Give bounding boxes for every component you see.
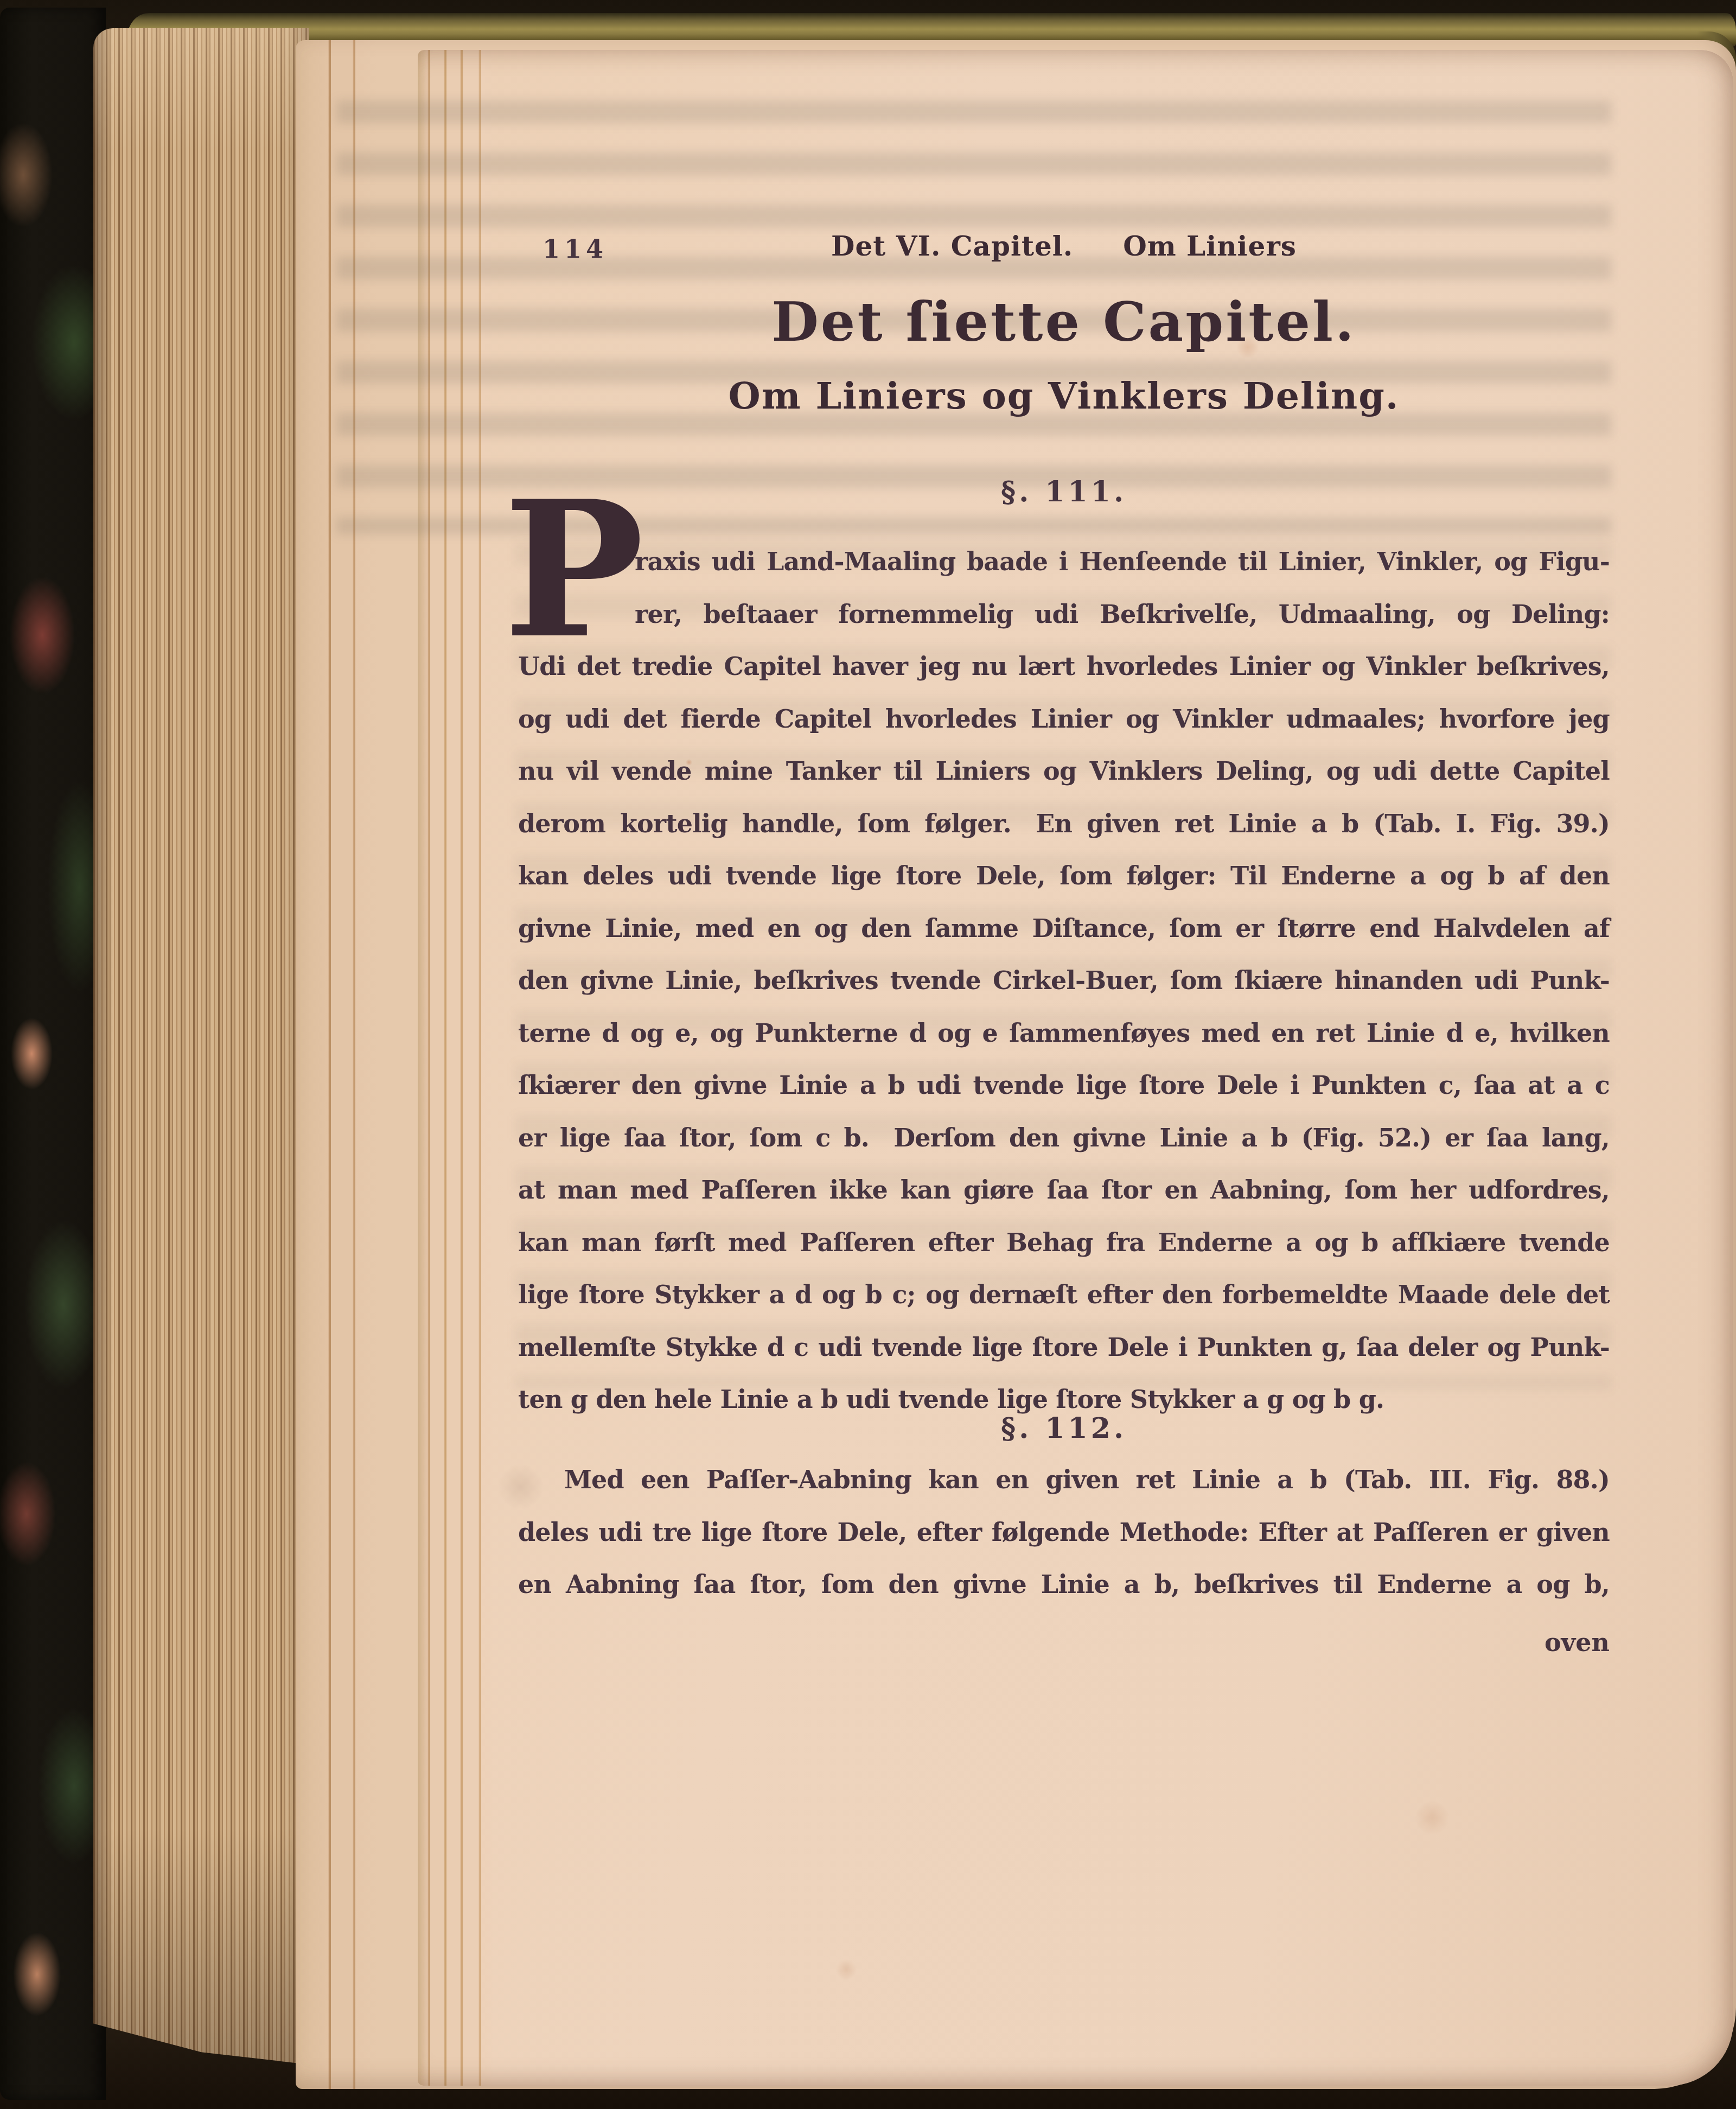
body-line: og udi det fierde Capitel hvorledes Lini… <box>518 704 1610 734</box>
chapter-subtitle: Om Liniers og Vinklers Deling. <box>518 374 1610 418</box>
body-line: nu vil vende mine Tanker til Liniers og … <box>518 756 1610 786</box>
drop-cap-initial: P <box>503 476 644 664</box>
body-line: deles udi tre lige ſtore Dele, efter føl… <box>518 1518 1610 1547</box>
body-line: den givne Linie, beſkrives tvende Cirkel… <box>518 966 1610 995</box>
running-header: Det VI. Capitel. Om Liniers <box>518 230 1610 262</box>
marbled-cover-edge <box>0 8 106 2100</box>
body-line: ten g den hele Linie a b udi tvende lige… <box>518 1385 1610 1414</box>
body-line: raxis udi Land-Maaling baade i Henſeende… <box>635 547 1610 576</box>
body-line: en Aabning ſaa ſtor, ſom den givne Linie… <box>518 1570 1610 1599</box>
body-line: terne d og e, og Punkterne d og e ſammen… <box>518 1018 1610 1048</box>
chapter-title: Det ſiette Capitel. <box>518 290 1610 354</box>
body-line: derom kortelig handle, ſom følger. En gi… <box>518 809 1610 838</box>
body-line: kan man førſt med Paſſeren efter Behag f… <box>518 1228 1610 1257</box>
body-line: Udi det tredie Capitel haver jeg nu lært… <box>518 652 1610 681</box>
body-line: rer, beſtaaer fornemmelig udi Beſkrivelſ… <box>635 600 1610 629</box>
running-header-section: Om Liniers <box>1123 230 1297 262</box>
body-line: Med een Paſſer-Aabning kan en given ret … <box>518 1465 1610 1494</box>
book-page-scan: 114 Det VI. Capitel. Om Liniers Det ſiet… <box>0 0 1736 2109</box>
body-line: givne Linie, med en og den ſamme Diſtanc… <box>518 914 1610 943</box>
section-heading-112: §. 112. <box>518 1412 1610 1445</box>
catchword: oven <box>518 1628 1642 1657</box>
section-heading-111: §. 111. <box>518 475 1610 508</box>
body-line: er lige ſaa ſtor, ſom c b. Derſom den gi… <box>518 1123 1610 1152</box>
stacked-page-edges <box>93 28 309 2073</box>
body-line: mellemſte Stykke d c udi tvende lige ſto… <box>518 1333 1610 1362</box>
body-line: at man med Paſſeren ikke kan giøre ſaa ſ… <box>518 1175 1610 1205</box>
running-header-chapter: Det VI. Capitel. <box>831 230 1073 262</box>
body-line: ſkiærer den givne Linie a b udi tvende l… <box>518 1071 1610 1100</box>
body-line: kan deles udi tvende lige ſtore Dele, ſo… <box>518 861 1610 890</box>
body-line: lige ſtore Stykker a d og b c; og dernæſ… <box>518 1280 1610 1309</box>
